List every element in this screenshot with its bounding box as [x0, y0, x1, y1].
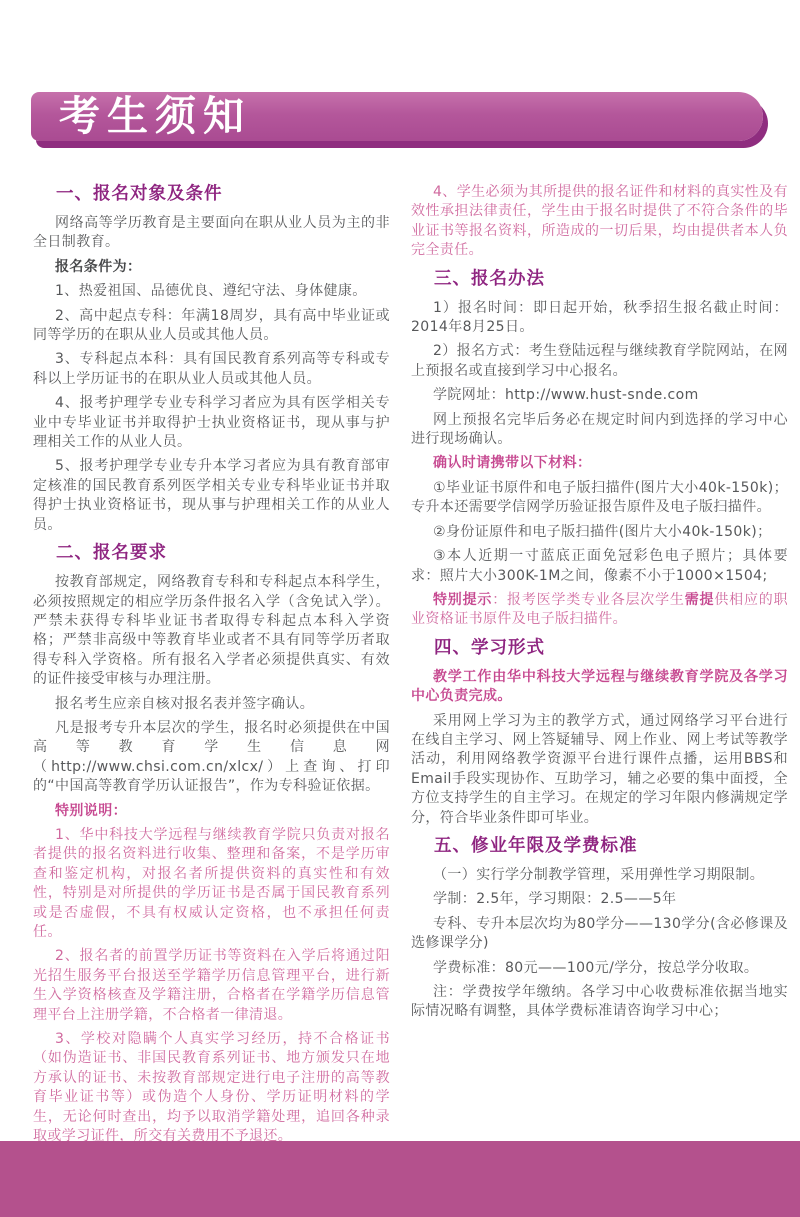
paragraph: 网上预报名完毕后务必在规定时间内到选择的学习中心进行现场确认。 [411, 411, 788, 450]
page-title-banner: 考生须知 [31, 92, 763, 141]
paragraph-note: 1、华中科技大学远程与继续教育学院只负责对报名者提供的报名资料进行收集、整理和备… [33, 826, 390, 942]
paragraph-note: 2、报名者的前置学历证书等资料在入学后将通过阳光招生服务平台报送至学籍学历信息管… [33, 947, 390, 1025]
paragraph: 2）报名方式：考生登陆远程与继续教育学院网站，在网上预报名或直接到学习中心报名。 [411, 342, 788, 381]
note-bold-text: 需提 [685, 592, 715, 608]
note-heading: 教学工作由华中科技大学远程与继续教育学院及各学习中心负责完成。 [411, 668, 788, 707]
paragraph: 注：学费按学年缴纳。各学习中心收费标准依据当地实际情况略有调整，具体学费标准请咨… [411, 983, 788, 1022]
footer-bar [0, 1141, 800, 1217]
left-column: 一、报名对象及条件网络高等学历教育是主要面向在职从业人员为主的非全日制教育。报名… [33, 183, 390, 1151]
paragraph-note: 3、学校对隐瞒个人真实学习经历，持不合格证书（如伪造证书、非国民教育系列证书、地… [33, 1030, 390, 1146]
paragraph: （一）实行学分制教学管理，采用弹性学习期限制。 [411, 866, 788, 885]
section-heading: 三、报名办法 [411, 269, 788, 290]
paragraph: 学制：2.5年，学习期限：2.5——5年 [411, 890, 788, 909]
notice-content: 一、报名对象及条件网络高等学历教育是主要面向在职从业人员为主的非全日制教育。报名… [33, 183, 788, 1151]
paragraph: 3、专科起点本科：具有国民教育系列高等专科或专科以上学历证书的在职从业人员或其他… [33, 350, 390, 389]
paragraph: 按教育部规定，网络教育专科和专科起点本科学生，必须按照规定的相应学历条件报名入学… [33, 573, 390, 689]
paragraph: ③本人近期一寸蓝底正面免冠彩色电子照片；具体要求：照片大小300K-1M之间，像… [411, 547, 788, 586]
section-heading: 四、学习形式 [411, 638, 788, 659]
section-heading: 五、修业年限及学费标准 [411, 836, 788, 857]
paragraph: 专科、专升本层次均为80学分——130学分(含必修课及选修课学分) [411, 915, 788, 954]
paragraph: 报名考生应亲自核对报名表并签字确认。 [33, 695, 390, 714]
paragraph: 网络高等学历教育是主要面向在职从业人员为主的非全日制教育。 [33, 214, 390, 253]
paragraph: 学费标准：80元——100元/学分，按总学分收取。 [411, 959, 788, 978]
paragraph: 1）报名时间：即日起开始，秋季招生报名截止时间：2014年8月25日。 [411, 299, 788, 338]
paragraph-bold: 报名条件为： [33, 258, 390, 277]
paragraph: 5、报考护理学专业专升本学习者应为具有教育部审定核准的国民教育系列医学相关专业专… [33, 457, 390, 535]
page-title: 考生须知 [59, 91, 251, 142]
note-heading: 特别说明： [33, 802, 390, 821]
paragraph: 2、高中起点专科：年满18周岁，具有高中毕业证或同等学历的在职从业人员或其他人员… [33, 307, 390, 346]
paragraph: 1、热爱祖国、品德优良、遵纪守法、身体健康。 [33, 282, 390, 301]
paragraph: 4、报考护理学专业专科学习者应为具有医学相关专业中专毕业证书并取得护士执业资格证… [33, 394, 390, 452]
paragraph: 学院网址：http://www.hust-snde.com [411, 386, 788, 405]
note-text: ：报考医学类专业各层次学生 [492, 592, 685, 608]
note-bold-text: 特别提示 [433, 592, 492, 608]
paragraph: 采用网上学习为主的教学方式，通过网络学习平台进行在线自主学习、网上答疑辅导、网上… [411, 712, 788, 828]
right-column: 4、学生必须为其所提供的报名证件和材料的真实性及有效性承担法律责任，学生由于报名… [411, 183, 788, 1027]
paragraph: 凡是报考专升本层次的学生，报名时必须提供在中国高等教育学生信息网（http://… [33, 719, 390, 797]
section-heading: 二、报名要求 [33, 543, 390, 564]
paragraph-note-mixed: 特别提示：报考医学类专业各层次学生需提供相应的职业资格证书原件及电子版扫描件。 [411, 591, 788, 630]
note-heading: 确认时请携带以下材料： [411, 454, 788, 473]
paragraph: ②身份证原件和电子版扫描件(图片大小40k-150k)； [411, 523, 788, 542]
paragraph-note: 4、学生必须为其所提供的报名证件和材料的真实性及有效性承担法律责任，学生由于报名… [411, 183, 788, 261]
paragraph: ①毕业证书原件和电子版扫描件(图片大小40k-150k)；专升本还需要学信网学历… [411, 479, 788, 518]
section-heading: 一、报名对象及条件 [33, 184, 390, 205]
